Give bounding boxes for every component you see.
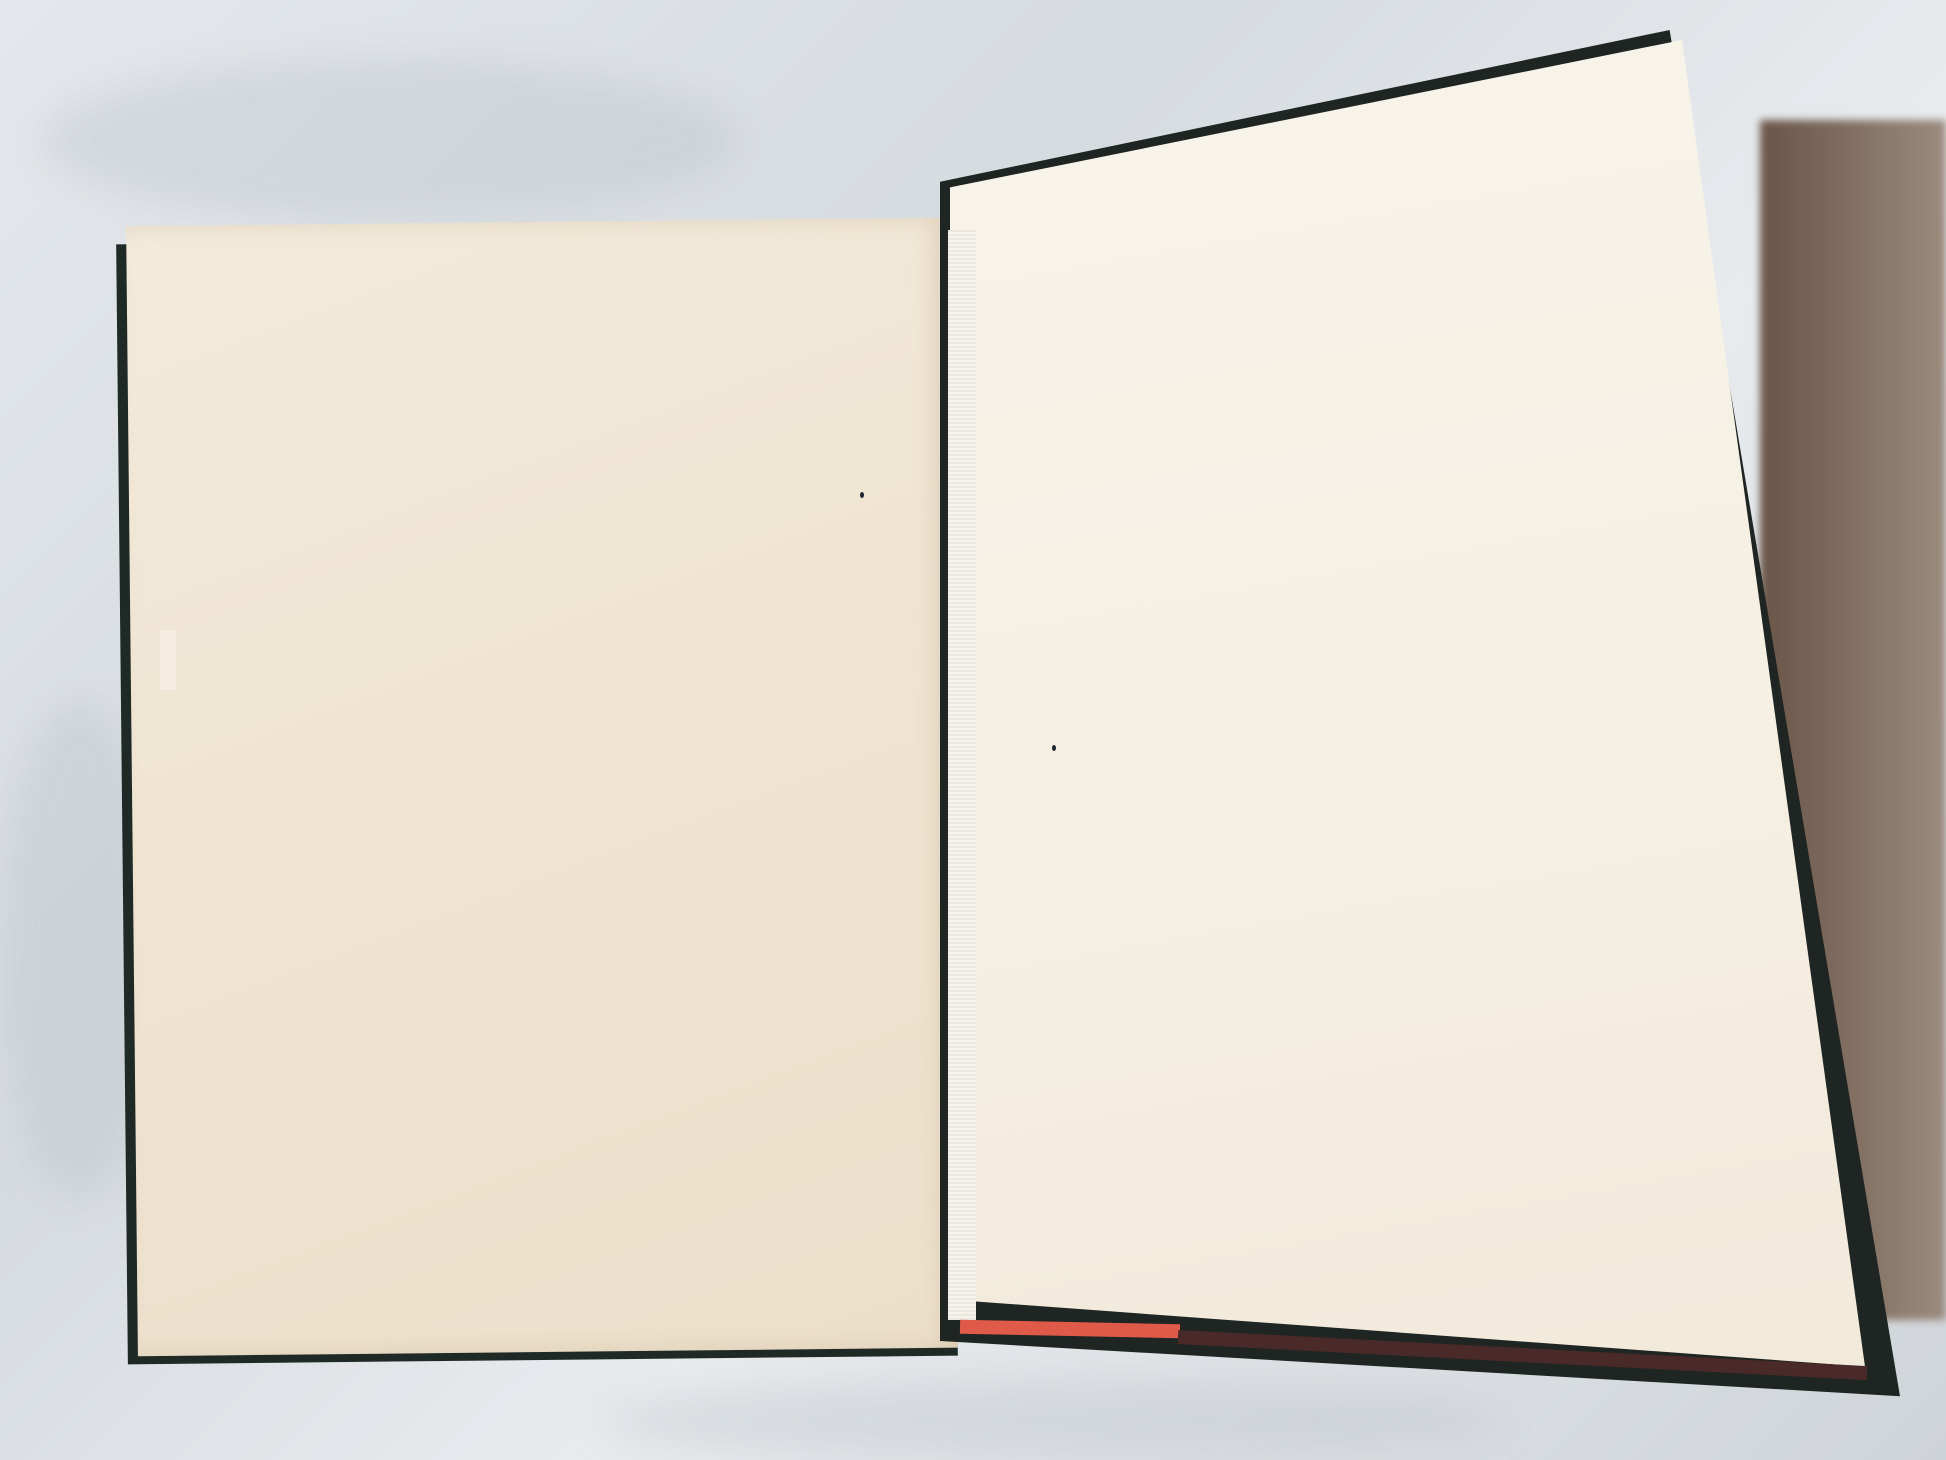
left-page <box>126 218 958 1357</box>
page-tab <box>160 630 176 690</box>
ink-speck <box>860 492 864 498</box>
cloth-fold <box>40 60 740 220</box>
cloth-fold <box>600 1380 1500 1460</box>
right-page-endpaper <box>950 40 1865 1380</box>
ink-speck <box>1052 745 1056 751</box>
cloth-hinge <box>948 230 976 1320</box>
